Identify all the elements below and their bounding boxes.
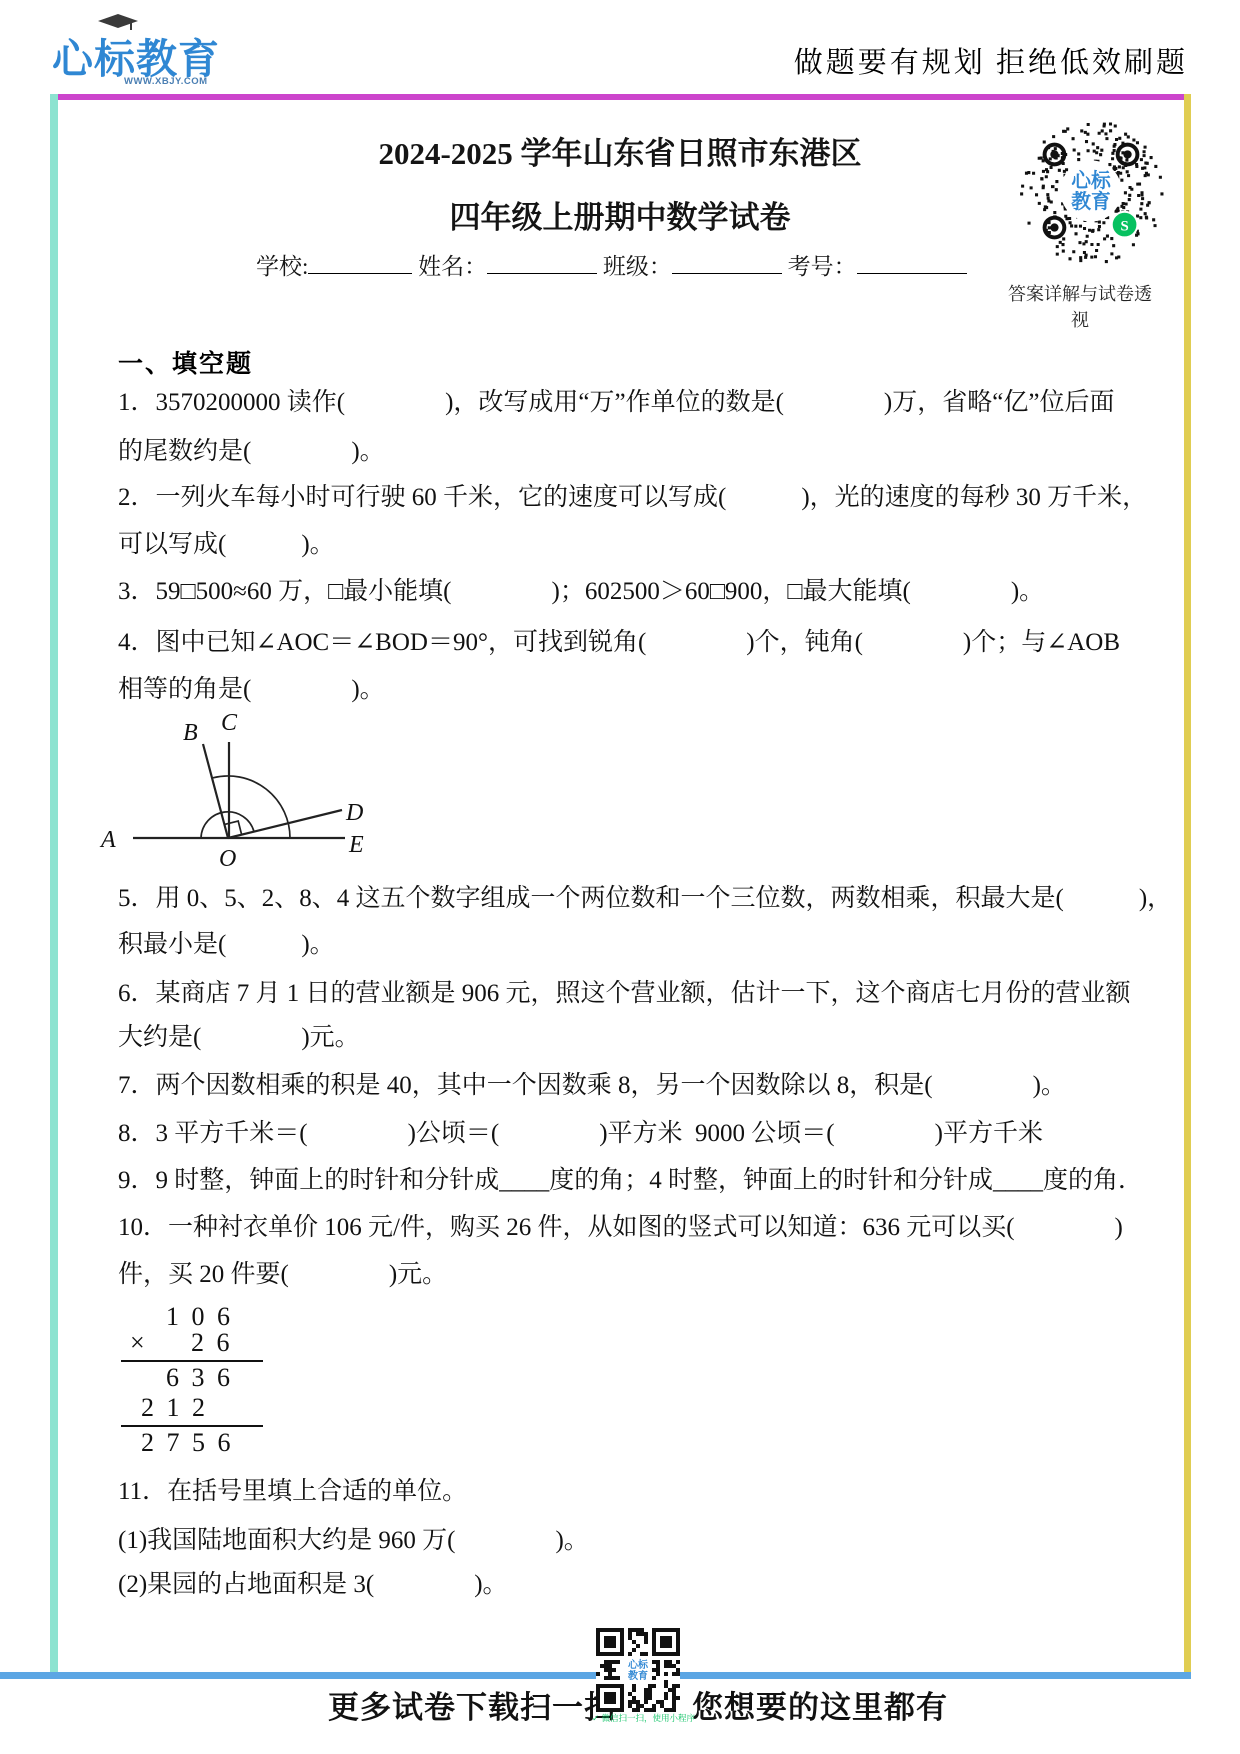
figure-label-O: O bbox=[219, 846, 236, 872]
question-2-line1: 2．一列火车每小时可行驶 60 千米，它的速度可以写成( )，光的速度的每秒 3… bbox=[118, 481, 1147, 515]
question-11-part1: (1)我国陆地面积大约是 960 万( )。 bbox=[118, 1524, 589, 1558]
question-6-line2: 大约是( )元。 bbox=[118, 1021, 360, 1055]
figure-label-B: B bbox=[183, 720, 198, 746]
question-7: 7．两个因数相乘的积是 40，其中一个因数乘 8，另一个因数除以 8，积是( )… bbox=[118, 1069, 1066, 1103]
qr-center-text-2: 教育 bbox=[1070, 190, 1111, 213]
question-11-part2: (2)果园的占地面积是 3( )。 bbox=[118, 1568, 508, 1602]
frame-border-top bbox=[50, 94, 1191, 100]
graduation-cap-icon bbox=[96, 12, 140, 32]
footer-qr-center-1: 心标 bbox=[628, 1658, 649, 1671]
school-blank bbox=[308, 251, 412, 274]
question-4-line1: 4．图中已知∠AOC＝∠BOD＝90°，可找到锐角( )个，钝角( )个；与∠A… bbox=[118, 626, 1120, 660]
question-3: 3．59□500≈60 万，□最小能填( )；602500＞60□900，□最大… bbox=[118, 575, 1044, 609]
mult-rule-1 bbox=[121, 1360, 263, 1362]
class-label: 班级： bbox=[603, 254, 672, 279]
footer-text-left: 更多试卷下载扫一扫 bbox=[328, 1682, 616, 1727]
frame-border-right bbox=[1184, 94, 1191, 1678]
exam-no-blank bbox=[857, 251, 967, 274]
question-10-line2: 件，买 20 件要( )元。 bbox=[118, 1258, 447, 1292]
mult-product: 2 7 5 6 bbox=[141, 1429, 234, 1457]
question-5-line2: 积最小是( )。 bbox=[118, 928, 335, 962]
header-slogan: 做题要有规划 拒绝低效刷题 bbox=[794, 40, 1188, 81]
brand-logo-url: WWW.XBJY.COM bbox=[124, 76, 208, 87]
footer-qr-code: 心标 教育 bbox=[596, 1628, 680, 1712]
mult-multiplicand: 1 0 6 bbox=[166, 1303, 233, 1331]
question-1-line1: 1．3570200000 读作( )，改写成用“万”作单位的数是( )万，省略“… bbox=[118, 386, 1114, 420]
figure-label-D: D bbox=[345, 800, 363, 826]
mult-rule-2 bbox=[121, 1425, 263, 1427]
mult-partial-2: 2 1 2 bbox=[141, 1394, 208, 1422]
question-9: 9．9 时整，钟面上的时针和分针成____度的角；4 时整，钟面上的时针和分针成… bbox=[118, 1164, 1143, 1198]
question-11: 11．在括号里填上合适的单位。 bbox=[118, 1475, 467, 1509]
qr-center-text-1: 心标 bbox=[1071, 169, 1112, 192]
question-6-line1: 6．某商店 7 月 1 日的营业额是 906 元，照这个营业额，估计一下，这个商… bbox=[118, 977, 1131, 1011]
footer-qr-caption: ✓ 微信扫一扫，使用小程序 bbox=[592, 1712, 692, 1724]
class-blank bbox=[672, 251, 782, 274]
question-2-line2: 可以写成( )。 bbox=[118, 528, 335, 562]
name-blank bbox=[487, 251, 597, 274]
exam-no-label: 考号： bbox=[788, 254, 857, 279]
footer-text-right: 您想要的这里都有 bbox=[692, 1682, 948, 1727]
frame-border-left bbox=[50, 94, 58, 1678]
angle-diagram: A B C D E O bbox=[95, 700, 385, 878]
school-label: 学校: bbox=[256, 254, 308, 279]
mult-multiplier: 2 6 bbox=[191, 1329, 233, 1357]
qr-caption: 答案详解与试卷透视 bbox=[1002, 280, 1158, 332]
footer-qr-center-2: 教育 bbox=[627, 1669, 648, 1682]
figure-label-E: E bbox=[348, 832, 364, 858]
question-8: 8．3 平方千米＝( )公顷＝( )平方米 9000 公顷＝( )平方千米 bbox=[118, 1117, 1043, 1151]
wechat-check-icon: ✓ bbox=[592, 1713, 599, 1723]
footer-qr-caption-text: 微信扫一扫，使用小程序 bbox=[602, 1713, 696, 1723]
mult-times-sign: × bbox=[130, 1329, 148, 1357]
figure-label-C: C bbox=[221, 710, 238, 736]
answer-qr-code: 心标 教育 S bbox=[1012, 112, 1170, 270]
question-5-line1: 5．用 0、5、2、8、4 这五个数字组成一个两位数和一个三位数，两数相乘，积最… bbox=[118, 882, 1172, 916]
student-info-row: 学校: 姓名： 班级： 考号： bbox=[256, 248, 996, 281]
section-heading: 一、填空题 bbox=[118, 344, 253, 380]
name-label: 姓名： bbox=[418, 254, 487, 279]
question-1-line2: 的尾数约是( )。 bbox=[118, 435, 385, 469]
mini-program-badge-glyph: S bbox=[1120, 219, 1128, 235]
question-10-line1: 10．一种衬衣单价 106 元/件，购买 26 件，从如图的竖式可以知道：636… bbox=[118, 1211, 1123, 1245]
figure-label-A: A bbox=[99, 827, 116, 853]
mult-partial-1: 6 3 6 bbox=[166, 1364, 233, 1392]
